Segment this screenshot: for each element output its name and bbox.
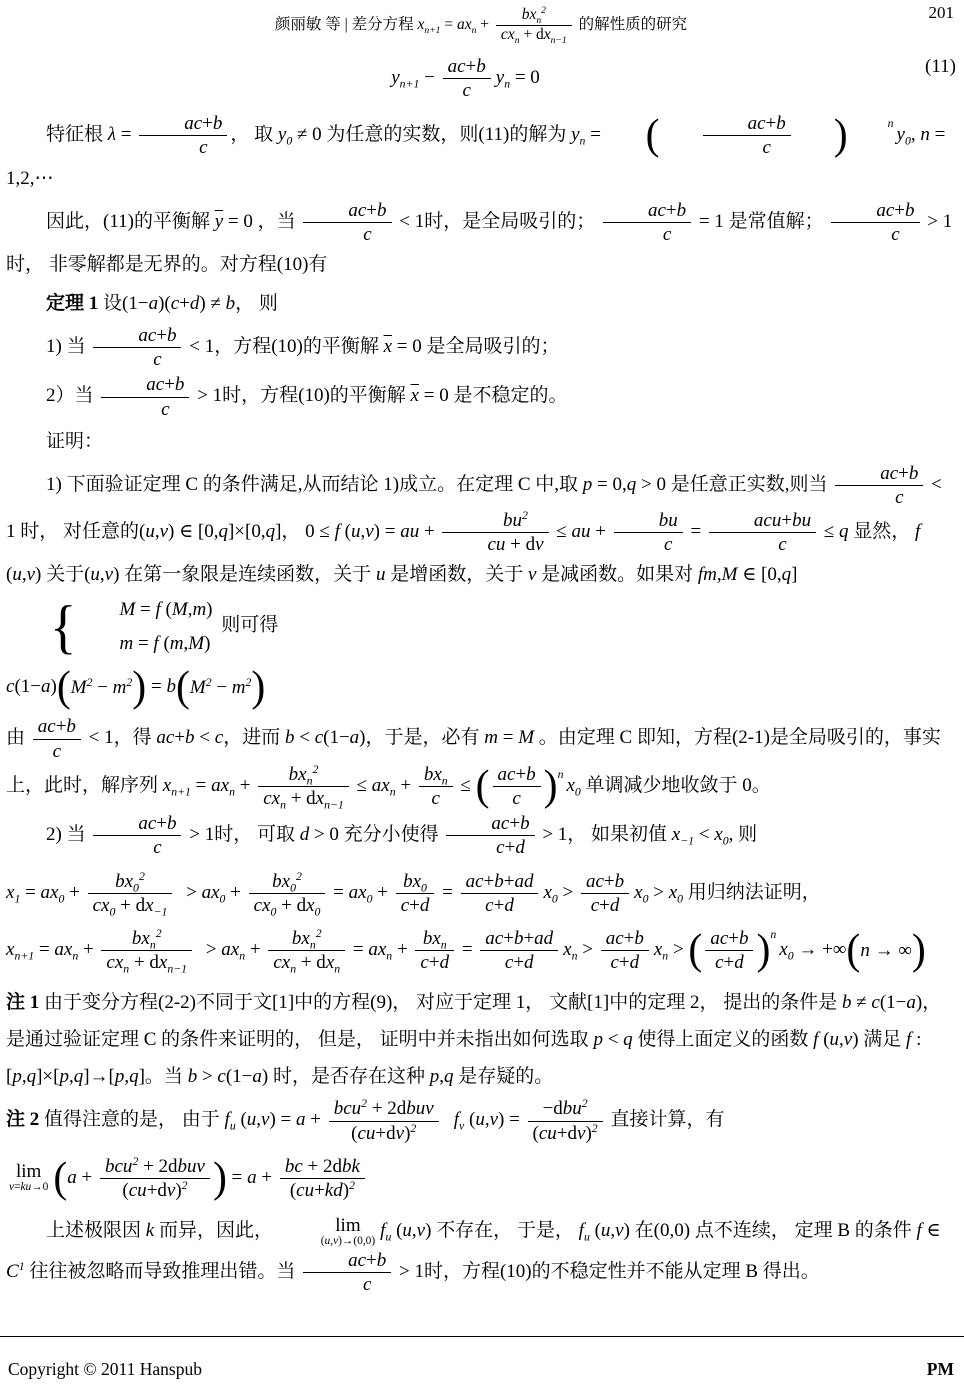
big-paren-group: (M2 − m2) [176, 670, 265, 706]
article-body: 颜丽敏 等 | 差分方程 xn+1 = axn + bxn2cxn + dxn−… [6, 4, 956, 1298]
para-proof-1: 1) 下面验证定理 C 的条件满足,从而结论 1)成立。在定理 C 中,取 p … [6, 462, 956, 660]
big-paren-group: (ac+bc+d)n [688, 927, 776, 974]
para-theorem-1: 定理 1 设(1−a)(c+d) ≠ b， 则 [6, 285, 956, 322]
fraction: ac+bc [603, 199, 691, 246]
fraction: −dbu2(cu+dv)2 [528, 1097, 603, 1144]
fraction: ac+b+adc+d [480, 927, 558, 974]
para-proof-label: 证明： [6, 423, 956, 460]
para-note-2: 注 2 值得注意的是， 由于 fu (u,v) = a + bcu2 + 2db… [6, 1097, 956, 1144]
footer-rule [0, 1336, 964, 1337]
fraction: ac+bc [101, 373, 189, 420]
fraction: bxn2cxn + dxn−1 [496, 6, 572, 45]
footer-copyright: Copyright © 2011 Hanspub [8, 1359, 202, 1380]
fraction: ac+bc+d [446, 812, 534, 859]
fraction: ac+bc [33, 715, 81, 762]
fraction: ac+b+adc+d [461, 870, 539, 917]
footer-journal-code: PM [927, 1359, 954, 1380]
fraction: bx02cx0 + dx−1 [88, 870, 173, 917]
para-proof-1-conclusion: 由 ac+bc < 1，得 ac+b < c，进而 b < c(1−a)，于是，… [6, 715, 956, 810]
para-theorem-1-item-2: 2）当 ac+bc > 1时，方程(10)的平衡解 x = 0 是不稳定的。 [6, 373, 956, 420]
fraction: ac+bc [443, 55, 491, 102]
running-header: 颜丽敏 等 | 差分方程 xn+1 = axn + bxn2cxn + dxn−… [6, 6, 956, 45]
equation-limit: limv=ku→0(a + bcu2 + 2dbuv(cu+dv)2) = a … [6, 1155, 956, 1202]
fraction: ac+bc+d [601, 927, 649, 974]
fraction: ac+bc [139, 112, 227, 159]
fraction: bxnc+d [415, 927, 454, 974]
equation-x1: x1 = ax0 + bx02cx0 + dx−1 > ax0 + bx02cx… [6, 870, 956, 917]
page-footer: Copyright © 2011 Hanspub PM [8, 1359, 954, 1380]
para-note-1: 注 1 由于变分方程(2-2)不同于文[1]中的方程(9)， 对应于定理 1， … [6, 984, 956, 1095]
para-proof-2: 2) 当 ac+bc > 1时， 可取 d > 0 充分小使得 ac+bc+d … [6, 812, 956, 859]
fraction: ac+bc [93, 324, 181, 371]
para-conclusion: 上述极限因 k 而异，因此， lim(u,v)→(0,0)fu (u,v) 不存… [6, 1212, 956, 1296]
big-paren-group: (a + bcu2 + 2dbuv(cu+dv)2) [53, 1155, 227, 1202]
fraction: bu2cu + dv [442, 509, 548, 556]
fraction: ac+bc [835, 462, 923, 509]
big-paren-group: (M2 − m2) [57, 670, 146, 706]
para-therefore: 因此，(11)的平衡解 y = 0 ，当 ac+bc < 1时，是全局吸引的； … [6, 199, 956, 283]
equation-11: (11)yn+1 − ac+bcyn = 0 [6, 55, 956, 102]
fraction: bx0c+d [396, 870, 435, 917]
fraction: ac+bc [831, 199, 919, 246]
fraction: bcu2 + 2dbuv(cu+dv)2 [100, 1155, 210, 1202]
equation-m-M: c(1−a)(M2 − m2) = b(M2 − m2) [6, 670, 956, 706]
limit-operator: limv=ku→0 [9, 1162, 48, 1194]
fraction: ac+bc+d [705, 927, 753, 974]
cases-brace-group: {M = f (M,m)m = f (m,M) [10, 593, 213, 660]
equation-xn1: xn+1 = axn + bxn2cxn + dxn−1 > axn + bxn… [6, 927, 956, 974]
big-paren-group: (n → ∞) [846, 933, 925, 969]
equation-number: (11) [925, 55, 956, 79]
fraction: bc + 2dbk(cu+kd)2 [280, 1155, 365, 1202]
big-paren-group: (ac+bc)n [476, 763, 564, 810]
fraction: ac+bc [93, 812, 181, 859]
limit-operator: lim(u,v)→(0,0) [281, 1216, 375, 1248]
fraction: ac+bc [303, 1249, 391, 1296]
fraction: ac+bc [493, 763, 541, 810]
fraction: bxn2cxn + dxn−1 [258, 763, 349, 810]
fraction: ac+bc+d [581, 870, 629, 917]
para-characteristic-root: 特征根 λ = ac+bc， 取 y0 ≠ 0 为任意的实数，则(11)的解为 … [6, 112, 956, 196]
page: 201 颜丽敏 等 | 差分方程 xn+1 = axn + bxn2cxn + … [0, 0, 964, 1386]
fraction: bx02cx0 + dx0 [249, 870, 326, 917]
fraction: bxn2cxn + dxn−1 [101, 927, 192, 974]
fraction: bxnc [419, 763, 453, 810]
para-theorem-1-item-1: 1) 当 ac+bc < 1，方程(10)的平衡解 x = 0 是全局吸引的； [6, 324, 956, 371]
fraction: buc [614, 509, 683, 556]
fraction: ac+bc [303, 199, 391, 246]
fraction: acu+buc [709, 509, 816, 556]
fraction: ac+bc [703, 112, 791, 159]
big-paren-group: (ac+bc)n [606, 112, 894, 159]
fraction: bxn2cxn + dxn [268, 927, 345, 974]
fraction: bcu2 + 2dbuv(cu+dv)2 [329, 1097, 439, 1144]
